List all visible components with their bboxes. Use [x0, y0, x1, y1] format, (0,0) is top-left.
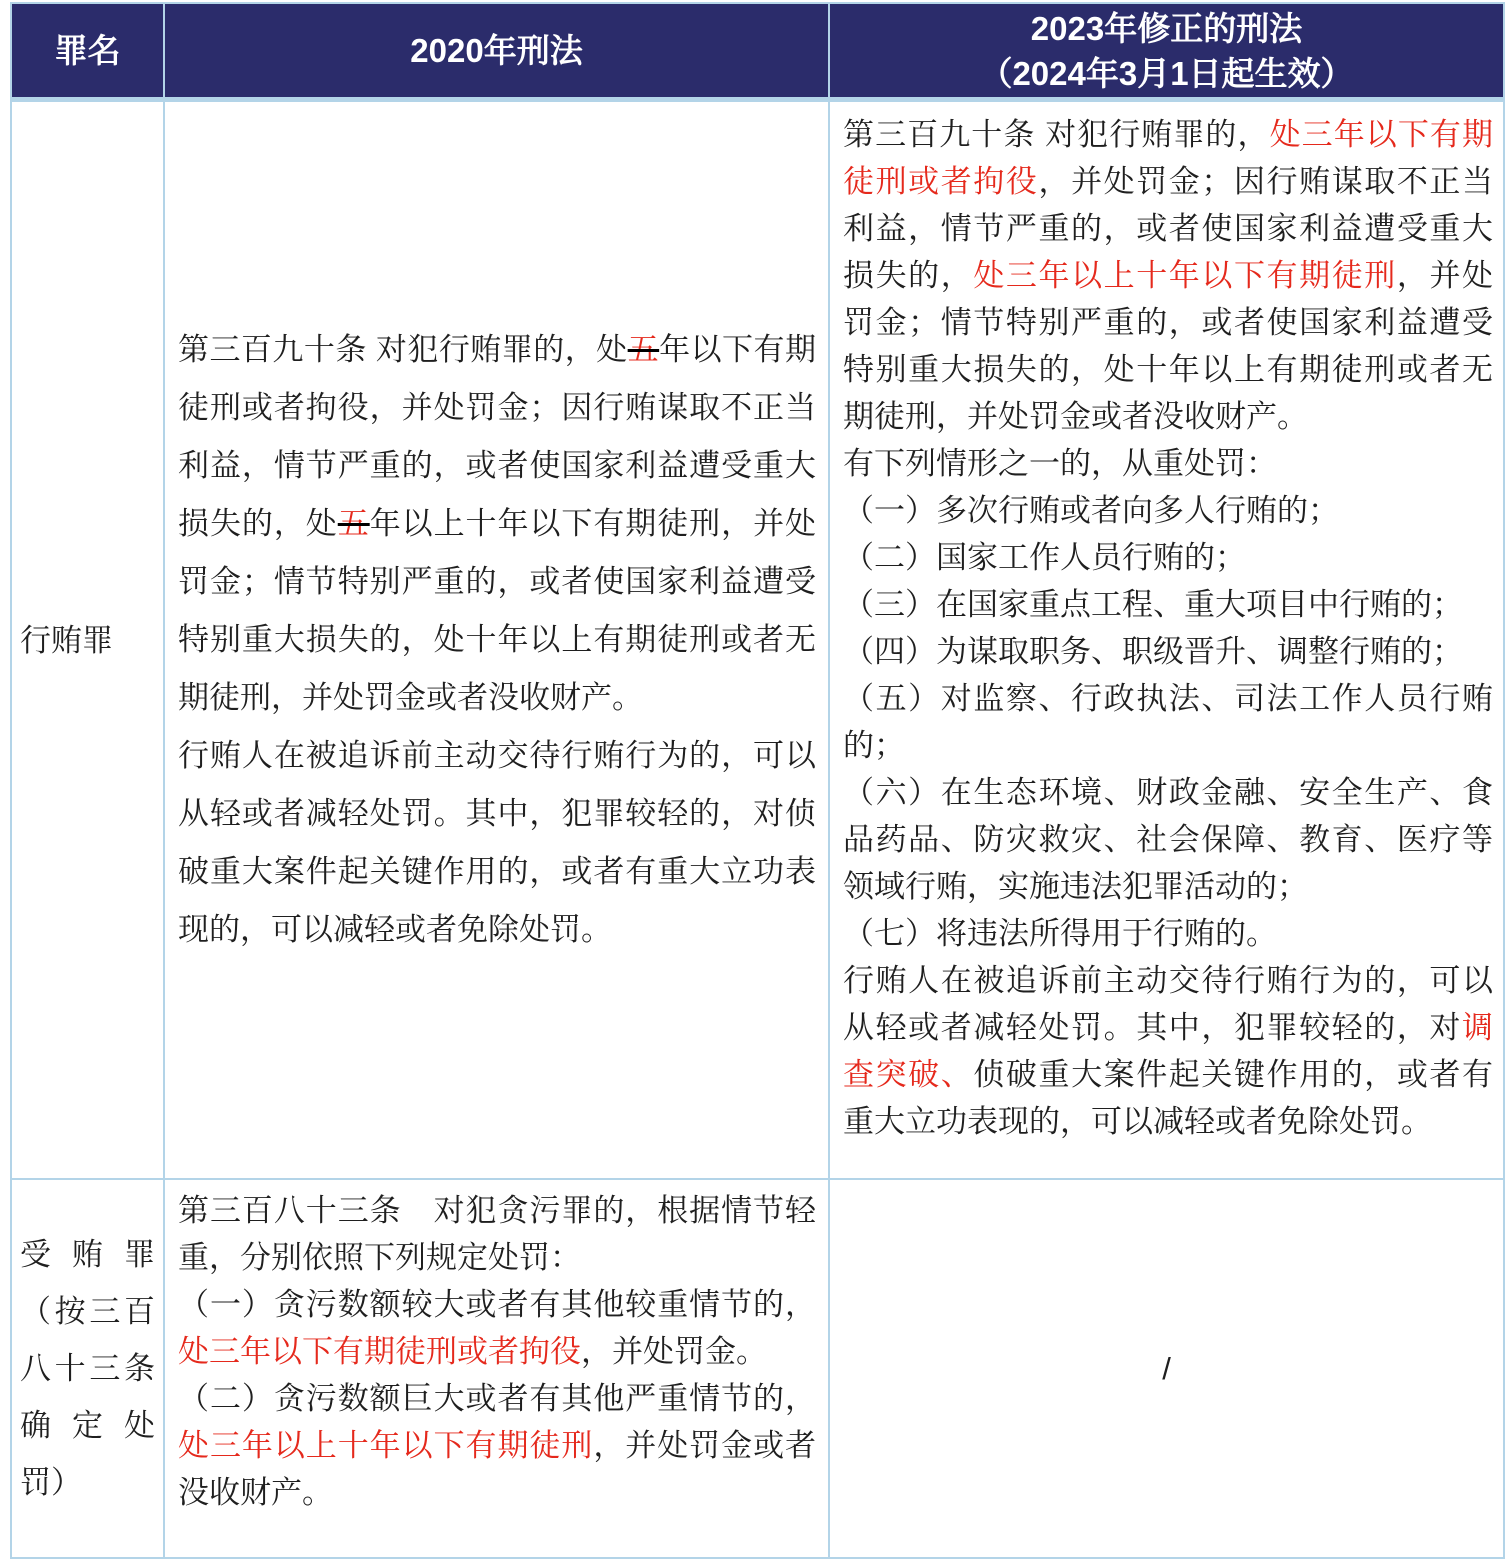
row2-crime-label: 受贿罪（按三百八十三条确定处罚）: [20, 1226, 155, 1511]
row2-law2020-cell: 第三百八十三条 对犯贪污罪的，根据情节轻重，分别依照下列规定处罚：（一）贪污数额…: [165, 1180, 830, 1557]
header-label-2023-line2: （2024年3月1日起生效）: [979, 51, 1353, 96]
row1-crime-cell: 行贿罪: [12, 102, 165, 1180]
row1-law2023-cell: 第三百九十条 对犯行贿罪的，处三年以下有期徒刑或者拘役，并处罚金；因行贿谋取不正…: [830, 102, 1503, 1180]
row2-law2023-cell: /: [830, 1180, 1503, 1557]
page: 罪名 2020年刑法 2023年修正的刑法 （2024年3月1日起生效） 行贿罪…: [0, 0, 1509, 1567]
row2-crime-cell: 受贿罪（按三百八十三条确定处罚）: [12, 1180, 165, 1557]
header-cell-2020: 2020年刑法: [165, 4, 830, 102]
row1-law2020-cell: 第三百九十条 对犯行贿罪的，处五年以下有期徒刑或者拘役，并处罚金；因行贿谋取不正…: [165, 102, 830, 1180]
header-label-2023-line1: 2023年修正的刑法: [1031, 6, 1302, 51]
row2-law2023-placeholder: /: [1162, 1351, 1171, 1387]
header-label-crime: 罪名: [55, 28, 121, 73]
row1-crime-label: 行贿罪: [20, 612, 113, 669]
law-comparison-table: 罪名 2020年刑法 2023年修正的刑法 （2024年3月1日起生效） 行贿罪…: [10, 2, 1505, 1559]
header-cell-crime: 罪名: [12, 4, 165, 102]
header-label-2020: 2020年刑法: [410, 28, 582, 73]
header-cell-2023: 2023年修正的刑法 （2024年3月1日起生效）: [830, 4, 1503, 102]
